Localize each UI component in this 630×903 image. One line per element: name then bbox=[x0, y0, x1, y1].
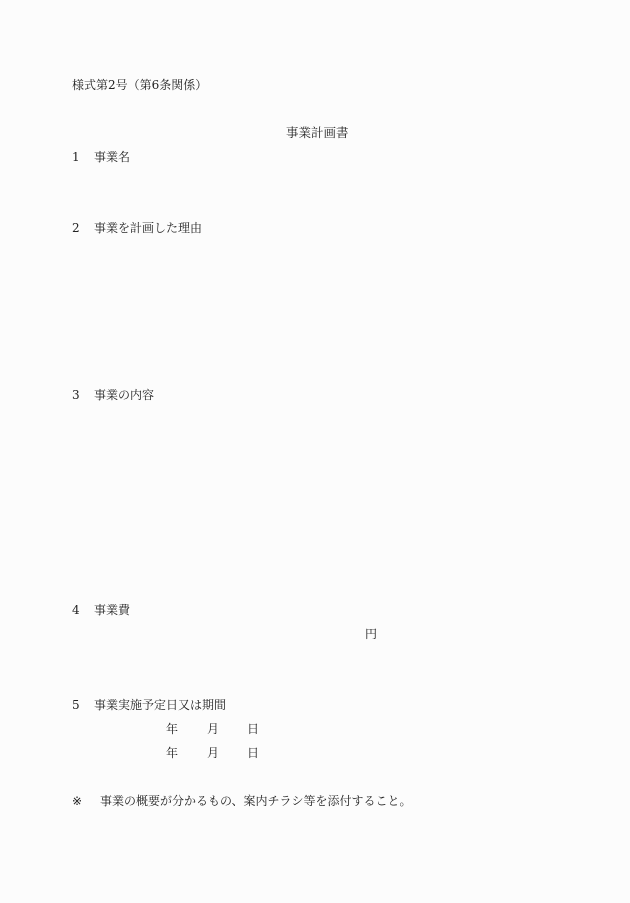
note-text: 事業の概要が分かるもの、案内チラシ等を添付すること。 bbox=[100, 794, 412, 808]
section-5-heading: 5事業実施予定日又は期間 bbox=[72, 697, 226, 713]
note-mark: ※ bbox=[72, 793, 100, 809]
month-label-start: 月 bbox=[207, 721, 219, 737]
form-number: 様式第2号（第6条関係） bbox=[72, 77, 207, 93]
section-label: 事業費 bbox=[94, 603, 130, 617]
section-label: 事業実施予定日又は期間 bbox=[94, 698, 226, 712]
month-label-end: 月 bbox=[207, 745, 219, 761]
cost-unit: 円 bbox=[365, 626, 377, 642]
section-label: 事業を計画した理由 bbox=[94, 221, 202, 235]
date-row-end: 年 bbox=[166, 745, 178, 761]
section-number: 5 bbox=[72, 697, 94, 713]
section-number: 1 bbox=[72, 149, 94, 165]
attachment-note: ※事業の概要が分かるもの、案内チラシ等を添付すること。 bbox=[72, 793, 412, 809]
document-title: 事業計画書 bbox=[286, 125, 349, 141]
section-label: 事業名 bbox=[94, 150, 130, 164]
section-number: 2 bbox=[72, 220, 94, 236]
section-number: 4 bbox=[72, 602, 94, 618]
section-4-heading: 4事業費 bbox=[72, 602, 130, 618]
year-label: 年 bbox=[166, 722, 178, 736]
section-number: 3 bbox=[72, 387, 94, 403]
section-1-heading: 1事業名 bbox=[72, 149, 130, 165]
date-row-start: 年 bbox=[166, 721, 178, 737]
day-label-start: 日 bbox=[247, 721, 259, 737]
year-label: 年 bbox=[166, 746, 178, 760]
section-2-heading: 2事業を計画した理由 bbox=[72, 220, 202, 236]
section-3-heading: 3事業の内容 bbox=[72, 387, 154, 403]
day-label-end: 日 bbox=[247, 745, 259, 761]
section-label: 事業の内容 bbox=[94, 388, 154, 402]
